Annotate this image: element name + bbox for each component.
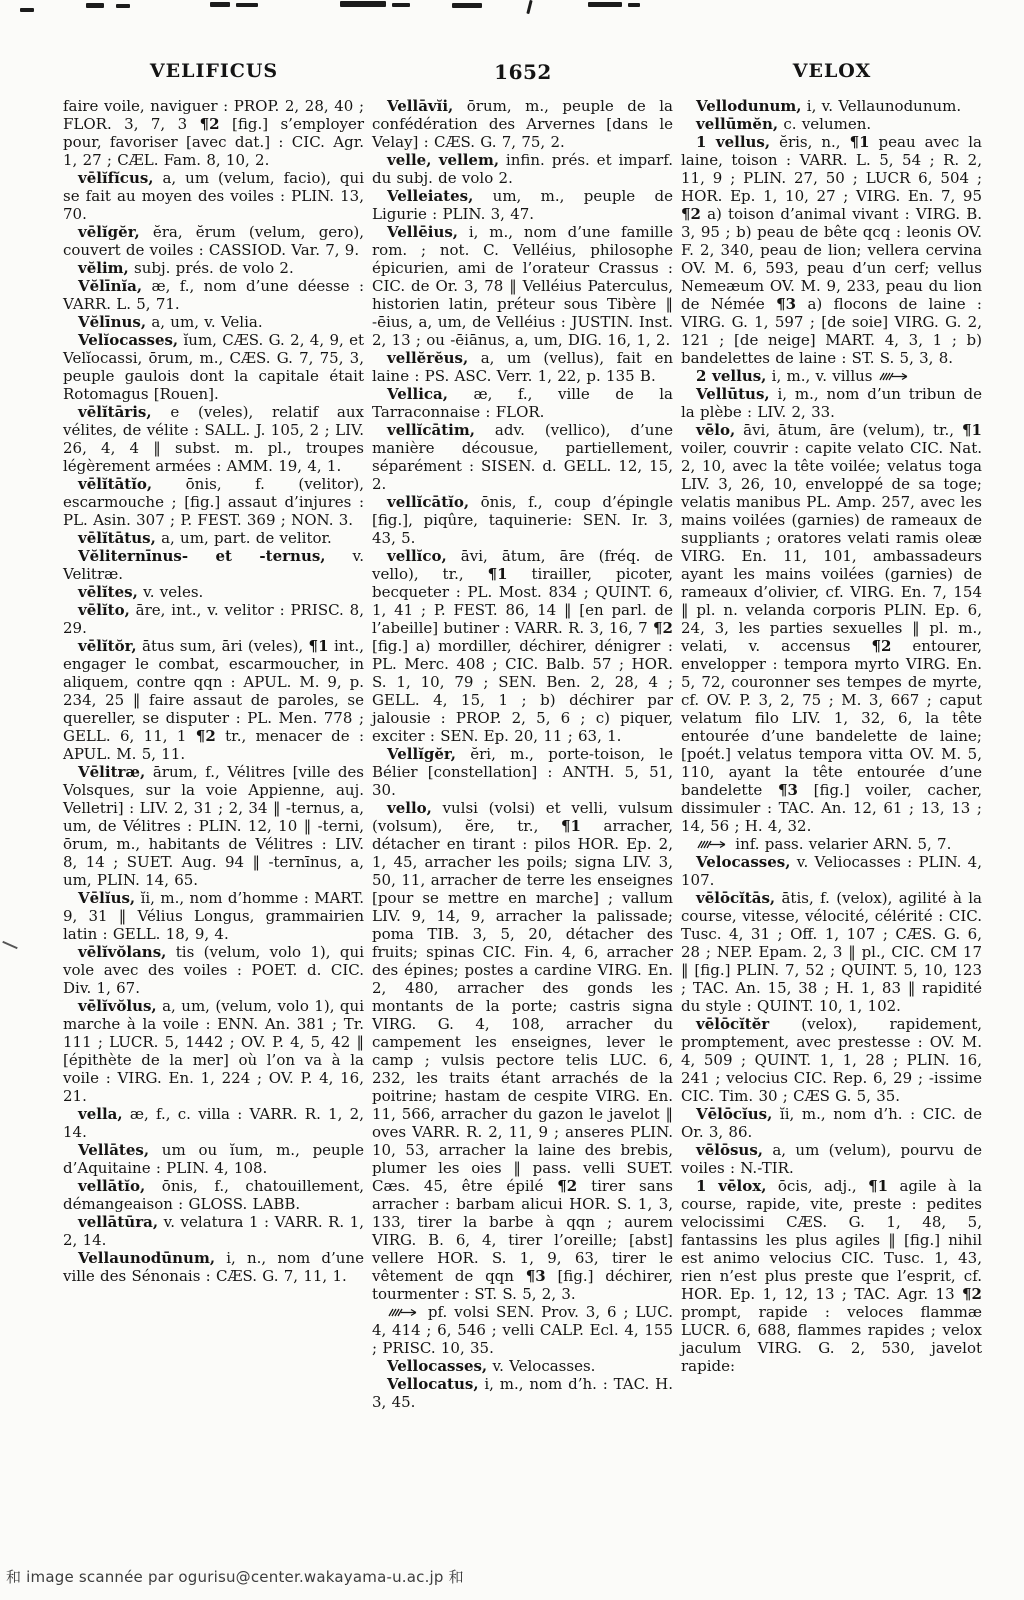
dictionary-entry: Velleiates, um, m., peuple de Ligurie : …: [372, 187, 673, 223]
page-number: 1652: [372, 60, 674, 84]
scan-artifact: [588, 2, 622, 7]
headword: Vellĭgĕr,: [387, 745, 456, 763]
remark-arrow-icon: [388, 1307, 418, 1318]
headword: vellĭco,: [387, 547, 447, 565]
paragraph-mark: ¶2: [681, 205, 701, 223]
dictionary-entry: Velĭocasses, ĭum, CÆS. G. 2, 4, 9, et Ve…: [63, 331, 364, 403]
paragraph-mark: ¶3: [778, 781, 798, 799]
dictionary-entry: Vēlĭus, ĭi, m., nom d’homme : MART. 9, 3…: [63, 889, 364, 943]
dictionary-entry: Vellātes, um ou ĭum, m., peuple d’Aquita…: [63, 1141, 364, 1177]
paragraph-mark: ¶1: [488, 565, 508, 583]
dictionary-entry: 2 vellus, i, m., v. villus: [681, 367, 982, 385]
dictionary-entry: Vellēius, i, m., nom d’une famille rom. …: [372, 223, 673, 349]
dictionary-entry: Vellūtus, i, m., nom d’un tribun de la p…: [681, 385, 982, 421]
scan-artifact: [628, 3, 640, 7]
headword: vēlĭfĭcus,: [78, 169, 154, 187]
scan-artifact: [452, 3, 482, 8]
margin-pen-mark: [2, 941, 17, 949]
dictionary-entry: vēlĭgĕr, ĕra, ĕrum (velum, gero), couver…: [63, 223, 364, 259]
running-head: VELIFICUS 1652 VELOX: [0, 60, 1024, 88]
dictionary-entry: vellĭco, āvi, ātum, āre (fréq. de vello)…: [372, 547, 673, 745]
headword: velle, vellem,: [387, 151, 499, 169]
paragraph-mark: ¶2: [871, 637, 891, 655]
scan-artifact: [236, 3, 258, 7]
text-column-center: Vellāvĭi, ōrum, m., peuple de la confédé…: [372, 97, 673, 1411]
headword: Vēlitræ,: [78, 763, 145, 781]
paragraph-mark: ¶2: [200, 115, 220, 133]
paragraph-mark: ¶2: [196, 727, 216, 745]
paragraph-mark: ¶3: [526, 1267, 546, 1285]
headword: vellĭcātĭo,: [387, 493, 469, 511]
dictionary-entry: vĕlim, subj. prés. de volo 2.: [63, 259, 364, 277]
paragraph-mark: ¶1: [962, 421, 982, 439]
dictionary-entry: Vĕliternīnus- et -ternus, v. Velitræ.: [63, 547, 364, 583]
paragraph-mark: ¶2: [653, 619, 673, 637]
headword: vellātūra,: [78, 1213, 158, 1231]
headword: vēlĭvŏlus,: [78, 997, 157, 1015]
scan-artifact: [210, 2, 230, 7]
dictionary-entry: vēlĭtes, v. veles.: [63, 583, 364, 601]
entry-continuation: faire voile, naviguer : PROP. 2, 28, 40 …: [63, 97, 364, 169]
scan-artifact: [526, 0, 532, 14]
dictionary-entry: Vĕlīnĭa, æ, f., nom d’une déesse : VARR.…: [63, 277, 364, 313]
headword: Velĭocasses,: [78, 331, 178, 349]
headword: Vellēius,: [387, 223, 458, 241]
paragraph-mark: ¶1: [868, 1177, 888, 1195]
headword: Velleiates,: [387, 187, 473, 205]
headword: vellātĭo,: [78, 1177, 145, 1195]
scan-artifact: [392, 3, 410, 7]
dictionary-entry: vēlĭvŏlus, a, um, (velum, volo 1), qui m…: [63, 997, 364, 1105]
headword: vēlĭto,: [78, 601, 130, 619]
headword: Vĕlīnĭa,: [78, 277, 142, 295]
headword: vēlōsus,: [696, 1141, 763, 1159]
dictionary-entry: Vellocasses, v. Velocasses.: [372, 1357, 673, 1375]
headword: vēlĭtŏr,: [78, 637, 137, 655]
headword: vēlĭtes,: [78, 583, 138, 601]
paragraph-mark: ¶3: [776, 295, 796, 313]
dictionary-entry: vēlĭtātus, a, um, part. de velitor.: [63, 529, 364, 547]
scanned-dictionary-page: { "page": { "header": { "left": "VELIFIC…: [0, 0, 1024, 1600]
paragraph-mark: ¶2: [962, 1285, 982, 1303]
text-column-right: Vellodunum, i, v. Vellaunodunum.vellūmĕn…: [681, 97, 982, 1375]
remark-arrow-icon: [697, 839, 727, 850]
dictionary-entry: vēlĭtŏr, ātus sum, āri (veles), ¶1 int.,…: [63, 637, 364, 763]
headword: Vēlōcĭus,: [696, 1105, 772, 1123]
dictionary-entry: pf. volsi SEN. Prov. 3, 6 ; LUC. 4, 414 …: [372, 1303, 673, 1357]
paragraph-mark: ¶1: [561, 817, 581, 835]
headword: vellĭcātim,: [387, 421, 475, 439]
headword: Vĕlīnus,: [78, 313, 146, 331]
dictionary-entry: Vellāvĭi, ōrum, m., peuple de la confédé…: [372, 97, 673, 151]
headword: vellūmĕn,: [696, 115, 778, 133]
dictionary-entry: Vēlitræ, ārum, f., Vélitres [ville des V…: [63, 763, 364, 889]
dictionary-entry: vellūmĕn, c. velumen.: [681, 115, 982, 133]
dictionary-entry: vēlĭto, āre, int., v. velitor : PRISC. 8…: [63, 601, 364, 637]
headword: vellĕrĕus,: [387, 349, 468, 367]
dictionary-entry: vēlĭtāris, e (veles), relatif aux vélite…: [63, 403, 364, 475]
dictionary-entry: inf. pass. velarier ARN. 5, 7.: [681, 835, 982, 853]
headword: Vellodunum,: [696, 97, 802, 115]
headword: vēlĭtātĭo,: [78, 475, 152, 493]
paragraph-mark: ¶1: [850, 133, 870, 151]
headword: vēlĭvŏlans,: [78, 943, 166, 961]
headword: Vellica,: [387, 385, 448, 403]
guide-word-left: VELIFICUS: [63, 60, 365, 82]
dictionary-entry: Vellica, æ, f., ville de la Tarraconnais…: [372, 385, 673, 421]
dictionary-entry: Vellodunum, i, v. Vellaunodunum.: [681, 97, 982, 115]
headword: vella,: [78, 1105, 123, 1123]
dictionary-entry: Vellaunodūnum, i, n., nom d’une ville de…: [63, 1249, 364, 1285]
dictionary-entry: Vēlōcĭus, ĭi, m., nom d’h. : CIC. de Or.…: [681, 1105, 982, 1141]
headword: vēlĭtātus,: [78, 529, 156, 547]
dictionary-entry: vēlōcĭtĕr (velox), rapidement, prompteme…: [681, 1015, 982, 1105]
headword: Velocasses,: [696, 853, 790, 871]
text-column-left: faire voile, naviguer : PROP. 2, 28, 40 …: [63, 97, 364, 1285]
paragraph-mark: ¶2: [557, 1177, 577, 1195]
scan-artifact: [116, 4, 130, 8]
headword: Vellaunodūnum,: [78, 1249, 215, 1267]
scan-artifact: [20, 8, 34, 12]
dictionary-entry: vellĭcātim, adv. (vellico), d’une manièr…: [372, 421, 673, 493]
headword: 2 vellus,: [696, 367, 766, 385]
dictionary-entry: Velocasses, v. Veliocasses : PLIN. 4, 10…: [681, 853, 982, 889]
dictionary-entry: 1 vēlox, ōcis, adj., ¶1 agile à la cours…: [681, 1177, 982, 1375]
headword: vēlĭtāris,: [78, 403, 152, 421]
scan-artifact: [340, 1, 386, 7]
headword: Vēlĭus,: [78, 889, 135, 907]
headword: vēlōcĭtĕr: [696, 1015, 769, 1033]
headword: 1 vellus,: [696, 133, 770, 151]
guide-word-right: VELOX: [681, 60, 983, 82]
dictionary-entry: vellātĭo, ōnis, f., chatouillement, déma…: [63, 1177, 364, 1213]
headword: vello,: [387, 799, 432, 817]
headword: Vellocasses,: [387, 1357, 487, 1375]
headword: Vĕliternīnus- et -ternus,: [78, 547, 326, 565]
dictionary-entry: Vĕlīnus, a, um, v. Velia.: [63, 313, 364, 331]
dictionary-entry: vellĭcātĭo, ōnis, f., coup d’épingle [fi…: [372, 493, 673, 547]
dictionary-entry: vellātūra, v. velatura 1 : VARR. R. 1, 2…: [63, 1213, 364, 1249]
dictionary-entry: vēlĭfĭcus, a, um (velum, facio), qui se …: [63, 169, 364, 223]
dictionary-entry: vēlo, āvi, ātum, āre (velum), tr., ¶1 vo…: [681, 421, 982, 835]
dictionary-entry: vella, æ, f., c. villa : VARR. R. 1, 2, …: [63, 1105, 364, 1141]
headword: Vellūtus,: [696, 385, 770, 403]
scanner-credit-note: 和 image scannée par ogurisu@center.wakay…: [6, 1566, 464, 1587]
headword: vĕlim,: [78, 259, 129, 277]
headword: vēlĭgĕr,: [78, 223, 140, 241]
headword: Vellātes,: [78, 1141, 149, 1159]
headword: vēlo,: [696, 421, 735, 439]
dictionary-entry: velle, vellem, infin. prés. et imparf. d…: [372, 151, 673, 187]
dictionary-entry: vēlōcĭtās, ātis, f. (velox), agilité à l…: [681, 889, 982, 1015]
dictionary-entry: Vellĭgĕr, ĕri, m., porte-toison, le Béli…: [372, 745, 673, 799]
dictionary-entry: 1 vellus, ĕris, n., ¶1 peau avec la lain…: [681, 133, 982, 367]
headword: Vellocatus,: [387, 1375, 479, 1393]
headword: Vellāvĭi,: [387, 97, 453, 115]
dictionary-entry: vello, vulsi (volsi) et velli, vulsum (v…: [372, 799, 673, 1303]
remark-arrow-icon: [879, 371, 909, 382]
paragraph-mark: ¶1: [309, 637, 329, 655]
dictionary-entry: vēlōsus, a, um (velum), pourvu de voiles…: [681, 1141, 982, 1177]
dictionary-entry: vēlĭvŏlans, tis (velum, volo 1), qui vol…: [63, 943, 364, 997]
headword: vēlōcĭtās,: [696, 889, 775, 907]
dictionary-entry: vēlĭtātĭo, ōnis, f. (velitor), escarmouc…: [63, 475, 364, 529]
scan-artifact: [86, 3, 104, 8]
dictionary-entry: vellĕrĕus, a, um (vellus), fait en laine…: [372, 349, 673, 385]
headword: 1 vēlox,: [696, 1177, 766, 1195]
dictionary-entry: Vellocatus, i, m., nom d’h. : TAC. H. 3,…: [372, 1375, 673, 1411]
